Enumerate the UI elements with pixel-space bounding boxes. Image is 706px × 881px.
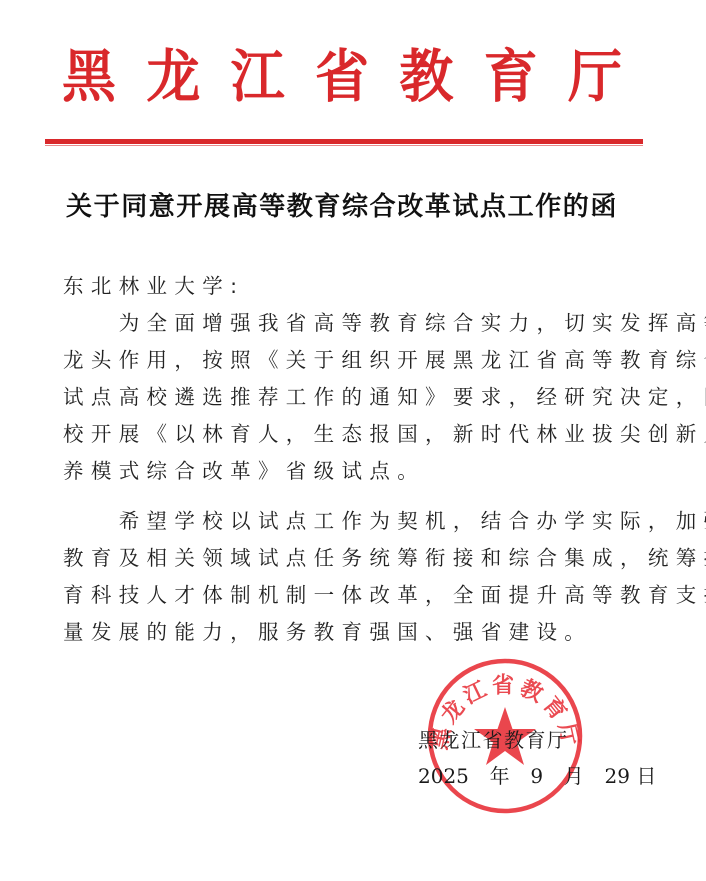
- letterhead-char: 江: [231, 42, 285, 109]
- letterhead: 黑 龙 江 省 教 育 厅: [62, 44, 622, 108]
- signing-organization: 黑龙江省教育厅: [418, 722, 598, 758]
- document-page: 黑 龙 江 省 教 育 厅 关于同意开展高等教育综合改革试点工作的函 东北林业大…: [0, 0, 706, 881]
- paragraph-line: 试点高校遴选推荐工作的通知》要求，经研究决定，同意你: [63, 379, 628, 416]
- paragraph-line: 育科技人才体制机制一体改革，全面提升高等教育支撑高质: [63, 577, 628, 614]
- letterhead-char: 省: [315, 42, 369, 109]
- paragraph-line: 为全面增强我省高等教育综合实力，切实发挥高等教育: [63, 305, 628, 342]
- paragraph-2: 希望学校以试点工作为契机，结合办学实际，加强高等 教育及相关领域试点任务统筹衔接…: [63, 503, 628, 651]
- date-year: 2025: [418, 758, 469, 794]
- salutation: 东北林业大学:: [63, 268, 628, 305]
- letterhead-divider-thin: [45, 145, 643, 146]
- letterhead-char: 厅: [568, 42, 622, 109]
- document-title: 关于同意开展高等教育综合改革试点工作的函: [66, 188, 626, 226]
- paragraph-line: 希望学校以试点工作为契机，结合办学实际，加强高等: [63, 503, 628, 540]
- date-year-unit: 年: [490, 758, 510, 794]
- paragraph-1: 为全面增强我省高等教育综合实力，切实发挥高等教育 龙头作用，按照《关于组织开展黑…: [63, 305, 628, 490]
- paragraph-line: 养模式综合改革》省级试点。: [63, 453, 628, 490]
- letterhead-char: 黑: [62, 42, 116, 109]
- letterhead-char: 龙: [146, 42, 200, 109]
- date-day: 29: [605, 758, 630, 794]
- date-month: 9: [530, 758, 543, 794]
- paragraph-line: 校开展《以林育人，生态报国，新时代林业拔尖创新人才培: [63, 416, 628, 453]
- paragraph-line: 教育及相关领域试点任务统筹衔接和综合集成，统筹推进教: [63, 540, 628, 577]
- document-body: 东北林业大学: 为全面增强我省高等教育综合实力，切实发挥高等教育 龙头作用，按照…: [63, 268, 628, 651]
- paragraph-spacer: [63, 490, 628, 503]
- date-day-unit: 日: [636, 758, 656, 794]
- signing-date: 2025 年 9 月 29 日: [418, 758, 598, 794]
- signature-block: 黑龙江省教育厅 2025 年 9 月 29 日: [418, 722, 598, 794]
- letterhead-char: 育: [484, 42, 538, 109]
- letterhead-divider: [45, 139, 643, 144]
- paragraph-line: 量发展的能力，服务教育强国、强省建设。: [63, 614, 628, 651]
- letterhead-char: 教: [399, 42, 453, 109]
- date-month-unit: 月: [564, 758, 584, 794]
- paragraph-line: 龙头作用，按照《关于组织开展黑龙江省高等教育综合改革: [63, 342, 628, 379]
